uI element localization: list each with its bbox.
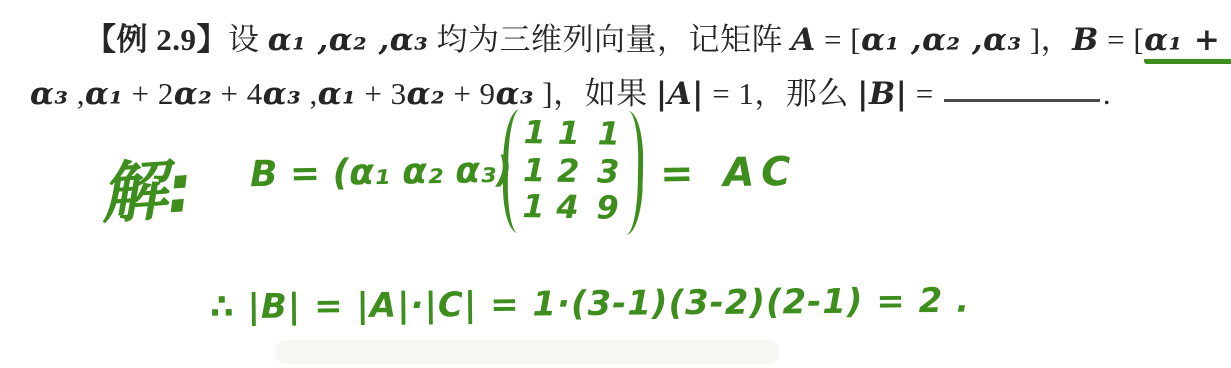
matrix-cell-r1c3: 1 xyxy=(597,114,620,152)
problem-line-2: α₃ ,α₁ + 2α₂ + 4α₃ ,α₁ + 3α₂ + 9α₃ ]，如果 … xyxy=(30,68,1111,113)
conclusion-line: ∴ |B| = |A|·|C| = 1·(3-1)(3-2)(2-1) = 2 … xyxy=(210,281,970,328)
problem-line1-seg-9: = [ xyxy=(1099,22,1144,57)
matrix-cell-r3c3: 9 xyxy=(596,188,619,226)
problem-line2-seg-1: , xyxy=(68,76,85,111)
alpha3-term-3: α₃ xyxy=(496,76,534,112)
matrix-cell-r1c1: 1 xyxy=(523,113,546,151)
matrix-a-symbol: A xyxy=(791,22,816,58)
matrix-cell-r3c1: 1 xyxy=(522,187,545,225)
answer-blank xyxy=(944,97,1100,102)
problem-line2-seg-11: + 9 xyxy=(445,76,495,111)
problem-line2-seg-3: + 2 xyxy=(123,76,173,111)
b-expansion: B = (α₁ α₂ α₃) xyxy=(250,150,513,196)
vector-list: α₁ ,α₂ ,α₃ xyxy=(268,22,428,58)
if-clause: ]，如果 xyxy=(534,76,656,111)
problem-line1-seg-5: = [ xyxy=(816,22,861,57)
equals-ac: = AC xyxy=(660,149,799,197)
problem-line2-seg-9: + 3 xyxy=(356,76,406,111)
alpha2-term-2: α₂ xyxy=(407,76,445,112)
solution-label: 解: xyxy=(97,135,196,236)
matrix-right-paren-icon xyxy=(621,111,644,235)
problem-line2-seg-5: + 4 xyxy=(212,76,262,111)
problem-line1-seg-1: 设 xyxy=(228,22,268,57)
alpha2-term: α₂ xyxy=(174,76,212,112)
problem-line1-seg-7: ]， xyxy=(1022,22,1073,57)
alpha1-term-2: α₁ xyxy=(318,76,356,112)
det-a: |A| xyxy=(656,76,704,112)
alpha1-term: α₁ xyxy=(85,76,123,112)
det-b: |B| xyxy=(857,76,907,112)
problem-line1-seg-3: 均为三维列向量，记矩阵 xyxy=(428,22,791,57)
alpha3-term-2: α₃ xyxy=(263,76,301,112)
faint-smudge xyxy=(275,340,780,364)
answer-period: . xyxy=(1103,76,1111,111)
matrix-cell-r2c1: 1 xyxy=(523,151,546,189)
textbook-worksheet: 【例 2.9】设 α₁ ,α₂ ,α₃ 均为三维列向量，记矩阵 A = [α₁ … xyxy=(0,0,1231,368)
problem-line2-seg-7: , xyxy=(301,76,318,111)
matrix-cell-r2c3: 3 xyxy=(597,152,620,190)
matrix-b-symbol: B xyxy=(1072,22,1099,58)
green-underlined-terms: α₁ + α₂ xyxy=(1144,22,1231,64)
alpha3-term: α₃ xyxy=(30,76,68,112)
example-label: 【例 2.9】 xyxy=(85,22,228,57)
then-clause: = 1，那么 xyxy=(704,76,857,111)
matrix-cell-r2c2: 2 xyxy=(557,152,580,190)
matrix-cell-r1c2: 1 xyxy=(557,114,580,152)
matrix-cell-r3c2: 4 xyxy=(556,188,579,226)
hand-matrix-c: 1 1 1 1 2 3 1 4 9 xyxy=(502,109,644,235)
problem-line-1: 【例 2.9】设 α₁ ,α₂ ,α₃ 均为三维列向量，记矩阵 A = [α₁ … xyxy=(85,14,1231,59)
matrix-a-columns: α₁ ,α₂ ,α₃ xyxy=(861,22,1021,58)
problem-line2-seg-17: = xyxy=(907,76,941,111)
